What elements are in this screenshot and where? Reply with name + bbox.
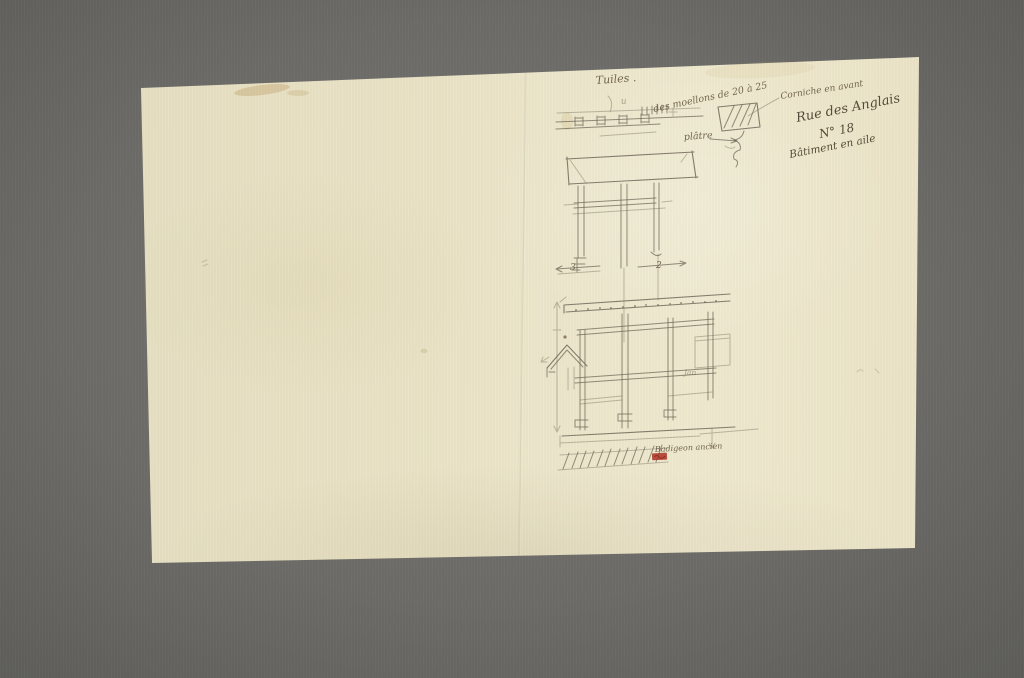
paper-sheet bbox=[130, 50, 930, 570]
fold-crease bbox=[517, 54, 528, 559]
photo-backdrop: Tuiles . u des moellons de 20 à 25 plâtr… bbox=[0, 0, 1024, 678]
